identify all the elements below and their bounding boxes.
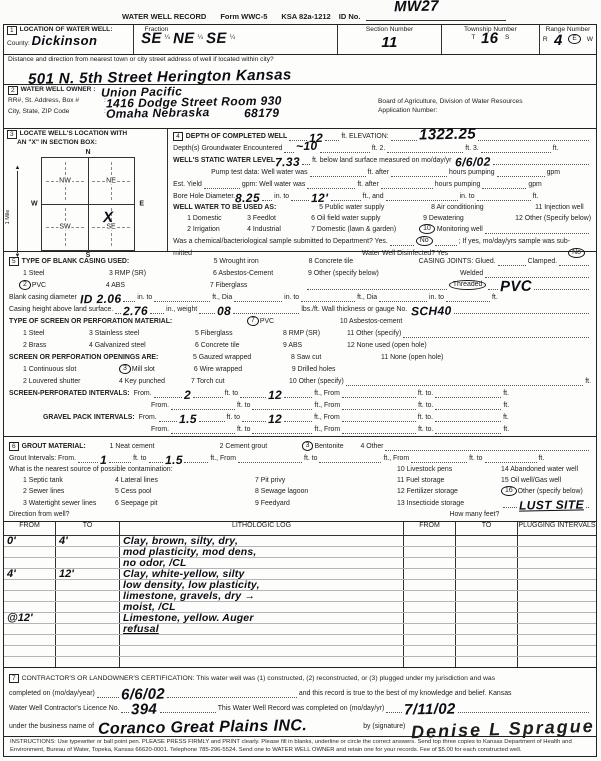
form-body: 1LOCATION OF WATER WELL: County: Dickins… — [3, 24, 597, 757]
ft-dia-label: ft., Dia — [212, 294, 232, 302]
dotted-leader — [477, 192, 531, 201]
log-row — [4, 657, 596, 667]
in-to-label: in. to — [284, 294, 299, 302]
ft-to-label: ft. to — [237, 402, 250, 410]
groundwater-label: Depth(s) Groundwater Encountered — [173, 145, 282, 153]
ft-to-label: ft. to — [237, 426, 250, 434]
dotted-leader — [252, 401, 312, 410]
screen-material-title: TYPE OF SCREEN OR PERFORATION MATERIAL: — [9, 318, 247, 326]
screen-interval-from: 2 — [184, 392, 191, 398]
log-row: limestone, gravels, dry → — [4, 591, 596, 602]
form-title: WATER WELL RECORD — [122, 12, 206, 21]
log-text: limestone, gravels, dry → — [120, 591, 404, 601]
plug-from — [404, 646, 456, 656]
quarter-mark: ¼ — [197, 34, 203, 42]
screen-option: 1 Steel — [23, 330, 89, 338]
dotted-leader — [310, 168, 366, 177]
plug-to — [456, 613, 518, 623]
dotted-leader — [154, 389, 182, 398]
log-to: 12' — [56, 569, 120, 579]
plug-from — [404, 591, 456, 601]
dotted-leader — [302, 156, 310, 165]
plug-to — [456, 591, 518, 601]
owner-zip-value: 68179 — [243, 110, 278, 117]
screen-option: 5 Fiberglass — [195, 330, 283, 338]
dotted-leader — [498, 257, 526, 266]
contamination-option: 2 Sewer lines — [23, 488, 115, 496]
opening-option: 1 Continuous slot — [23, 366, 119, 374]
fraction-1-value: SE — [140, 36, 161, 42]
contamination-option: 14 Abandoned water well — [501, 466, 578, 474]
instructions-text: INSTRUCTIONS: Use typewriter or ball poi… — [4, 737, 596, 756]
screen-option: 11 Other (specify) — [347, 330, 401, 338]
weight-value: 08 — [217, 308, 231, 314]
dotted-leader — [435, 237, 457, 246]
contamination-option: 7 Pit privy — [255, 477, 397, 485]
dotted-leader — [171, 401, 235, 410]
plug-to — [456, 580, 518, 590]
dotted-leader — [284, 144, 294, 153]
log-text: Limestone, yellow. Auger — [120, 613, 404, 623]
section-number-label: Section Number — [341, 26, 438, 34]
screen-option: 4 Galvanized steel — [89, 342, 195, 350]
log-from — [4, 635, 56, 645]
contamination-option: 4 Lateral lines — [115, 477, 255, 485]
in-to-label: in. to — [137, 294, 152, 302]
contamination-option: 13 Insecticide storage — [397, 500, 501, 508]
section1-number: 1 — [7, 26, 17, 35]
county-label: County: — [7, 40, 30, 47]
in-to-label: in. to — [429, 294, 444, 302]
dotted-leader — [387, 144, 463, 153]
well-id-value: MW27 — [394, 4, 439, 11]
bore-diameter-value: 8.25 — [235, 195, 260, 201]
plug-to — [456, 558, 518, 568]
static-measured-date: 6/6/02 — [455, 159, 491, 166]
ft-dia-label: ft., Dia — [357, 294, 377, 302]
section3-locate: 3LOCATE WELL'S LOCATION WITH AN "X" IN S… — [4, 129, 168, 251]
plug-text — [518, 624, 596, 634]
ft-label: ft. — [503, 390, 509, 398]
dotted-leader — [488, 281, 498, 290]
owner-title: WATER WELL OWNER : — [21, 86, 96, 93]
locate-title-2: AN "X" IN SECTION BOX: — [7, 139, 164, 147]
static-water-level-label: WELL'S STATIC WATER LEVEL — [173, 157, 275, 165]
contamination-option: 5 Cess pool — [115, 488, 255, 496]
dotted-leader — [301, 293, 355, 302]
dotted-leader — [184, 454, 208, 463]
casing-height-value: 2.76 — [123, 308, 148, 314]
range-w: W — [587, 36, 593, 44]
ft-to-label: ft. to — [469, 455, 482, 463]
log-text: no odor, /CL — [120, 558, 404, 568]
opening-option: 10 Other (specify) — [289, 378, 344, 386]
log-from — [4, 580, 56, 590]
log-row: 0'4'Clay, brown, silty, dry, — [4, 536, 596, 547]
casing-option-pvc: PVC — [32, 282, 106, 290]
ft-label: ft. — [503, 414, 509, 422]
license-no-label: Water Well Contractor's Licence No. — [9, 705, 119, 713]
threaded-pvc-value: PVC — [500, 284, 532, 291]
plug-text — [518, 536, 596, 546]
header-to: TO — [56, 522, 120, 535]
dotted-leader — [503, 499, 517, 508]
dotted-leader — [160, 704, 216, 713]
plug-from — [404, 602, 456, 612]
gravel-interval-from: 1.5 — [179, 416, 197, 422]
form-header: WATER WELL RECORD Form WWC-5 KSA 82a-121… — [0, 8, 601, 21]
dotted-leader — [534, 281, 589, 290]
fraction-2-value: NE — [173, 36, 195, 42]
dotted-leader — [485, 454, 537, 463]
plug-from — [404, 635, 456, 645]
contamination-option: 8 Sewage lagoon — [255, 488, 397, 496]
owner-city-value: Omaha Nebraska — [106, 109, 210, 117]
dotted-leader — [559, 257, 589, 266]
quarter-mark: ¼ — [164, 34, 170, 42]
log-text: moist, /CL — [120, 602, 404, 612]
casing-option: 9 Other (specify below) — [308, 270, 460, 278]
sample-question-tail: ; If yes, mo/day/yrs sample was sub- — [459, 238, 570, 246]
township-t: T — [471, 34, 475, 42]
plug-from — [404, 547, 456, 557]
use-option: 8 Air conditioning — [431, 204, 535, 212]
static-water-level-value: 7.33 — [275, 159, 300, 165]
casing-option: 8 Concrete tile — [309, 258, 419, 266]
fraction-3-value: SE — [206, 36, 227, 42]
dotted-leader — [381, 180, 433, 189]
dotted-leader — [149, 454, 163, 463]
dotted-leader — [167, 689, 297, 698]
section1-location: 1LOCATION OF WATER WELL: County: Dickins… — [4, 25, 596, 55]
grout-option: 1 Neat cement — [110, 443, 220, 451]
dotted-leader — [385, 442, 589, 451]
screen-intervals-label: SCREEN-PERFORATED INTERVALS: — [9, 390, 130, 398]
dotted-leader — [478, 132, 589, 141]
dotted-leader — [386, 192, 458, 201]
grout-interval-from: 1 — [100, 457, 107, 463]
casing-title: TYPE OF BLANK CASING USED: — [22, 258, 214, 266]
dotted-leader — [123, 293, 135, 302]
section-box-diagram: NW NE SW SE N S W E X — [41, 157, 135, 251]
certification-text-1: CONTRACTOR'S OR LANDOWNER'S CERTIFICATIO… — [22, 675, 495, 683]
blank-casing-diameter-label: Blank casing diameter — [9, 294, 77, 302]
ft-and-label: ft., and — [363, 193, 384, 201]
use-option: 1 Domestic — [187, 215, 247, 223]
section1-title: LOCATION OF WATER WELL: — [20, 26, 113, 33]
screen-option: 3 Stainless steel — [89, 330, 195, 338]
circled-2-pvc: 2 — [19, 280, 31, 290]
dotted-leader — [78, 454, 98, 463]
log-to — [56, 558, 120, 568]
owner-city-label: City, State, ZIP Code — [8, 108, 104, 116]
sample-question: Was a chemical/bacteriological sample su… — [173, 238, 388, 246]
distance-row: Distance and direction from nearest town… — [4, 55, 596, 85]
dotted-leader — [109, 454, 131, 463]
plug-to — [456, 657, 518, 667]
circled-3-bentonite: 3 — [302, 441, 314, 451]
dotted-leader — [233, 305, 299, 314]
range-value: 4 — [554, 38, 563, 44]
circled-10-monitoring-well: 10 — [419, 224, 435, 234]
log-text: Clay, white-yellow, silty — [120, 569, 404, 579]
screen-option: 9 ABS — [283, 342, 347, 350]
ft-from-label: ft., From — [314, 402, 340, 410]
contamination-other-value: LUST SITE — [519, 501, 584, 508]
log-to — [56, 613, 120, 623]
section4-well-details: 4 DEPTH OF COMPLETED WELL 12 ft. ELEVATI… — [168, 129, 596, 251]
plug-from — [404, 580, 456, 590]
form-number: Form WWC-5 — [220, 12, 267, 21]
log-from — [4, 657, 56, 667]
locate-title-1: LOCATE WELL'S LOCATION WITH — [20, 130, 128, 137]
section7-certification: 7 CONTRACTOR'S OR LANDOWNER'S CERTIFICAT… — [4, 668, 596, 737]
plug-text — [518, 591, 596, 601]
log-row: @12'Limestone, yellow. Auger — [4, 613, 596, 624]
section5-number: 5 — [9, 257, 19, 266]
use-option: 2 Irrigation — [187, 226, 247, 234]
dotted-leader — [204, 180, 240, 189]
well-location-x-mark: X — [103, 215, 114, 221]
contamination-option: 6 Seepage pit — [115, 500, 255, 508]
dotted-leader — [497, 168, 545, 177]
use-option-monitoring: Monitoring well — [437, 226, 483, 234]
plug-from — [404, 624, 456, 634]
screen-option: 2 Brass — [23, 342, 89, 350]
plug-text — [518, 646, 596, 656]
how-many-feet-label: How many feet? — [450, 511, 500, 519]
dotted-leader — [307, 180, 355, 189]
dotted-leader — [446, 293, 490, 302]
contamination-option: 10 Livestock pens — [397, 466, 501, 474]
quadrant-ne: NE — [105, 178, 117, 185]
ft-to-label: ft. to. — [418, 426, 433, 434]
dotted-leader — [454, 305, 589, 314]
use-option: 6 Oil field water supply — [311, 215, 423, 223]
ft-to-label: ft. to — [133, 455, 146, 463]
dotted-leader — [242, 413, 266, 422]
header-to-2: TO — [456, 522, 518, 535]
circled-3-mill-slot: 3 — [119, 364, 131, 374]
log-table-header: FROM TO LITHOLOGIC LOG FROM TO PLUGGING … — [4, 522, 596, 536]
from-label: From. — [151, 402, 169, 410]
log-row — [4, 635, 596, 646]
casing-option: 5 Wrought iron — [214, 258, 309, 266]
groundwater-3-label: ft. 3. — [465, 145, 478, 153]
dotted-leader — [284, 413, 312, 422]
from-label: From. — [151, 426, 169, 434]
business-name-value: Coranco Great Plains INC. — [98, 723, 307, 733]
dotted-leader — [97, 689, 119, 698]
gpm-label: gpm — [528, 181, 541, 189]
section7-number: 7 — [9, 674, 19, 683]
plug-from — [404, 558, 456, 568]
dotted-leader — [234, 293, 282, 302]
blank-casing-diameter-value: ID 2.06 — [80, 296, 122, 303]
plug-to — [456, 635, 518, 645]
gravel-pack-label: GRAVEL PACK INTERVALS: — [43, 414, 135, 422]
plug-text — [518, 613, 596, 623]
dotted-leader — [284, 389, 312, 398]
record-completed-date: 7/11/02 — [404, 707, 456, 714]
section-number-value: 11 — [381, 34, 397, 51]
township-s: S — [505, 34, 509, 42]
opening-option: 4 Key punched — [119, 378, 191, 386]
dotted-leader — [325, 132, 339, 141]
plug-to — [456, 547, 518, 557]
application-number-label: Application Number: — [378, 106, 590, 115]
dotted-leader — [262, 192, 272, 201]
hours-pumping-label: hours pumping — [435, 181, 481, 189]
dotted-leader — [307, 281, 447, 290]
ft-from-label: ft., From — [383, 455, 409, 463]
quarter-mark: ¼ — [230, 34, 236, 42]
use-option: 9 Dewatering — [423, 215, 515, 223]
dotted-leader — [319, 454, 381, 463]
header-from-2: FROM — [404, 522, 456, 535]
board-of-agriculture-text: Board of Agriculture, Division of Water … — [378, 97, 590, 106]
log-from — [4, 602, 56, 612]
range-label: Range Number — [543, 26, 593, 34]
screen-option-pvc: PVC — [260, 318, 340, 326]
grout-option-bentonite: Bentonite — [314, 443, 360, 451]
log-text — [120, 646, 404, 656]
dotted-leader — [458, 704, 589, 713]
log-to — [56, 602, 120, 612]
dotted-leader — [342, 401, 416, 410]
dotted-leader — [154, 293, 210, 302]
ft-after-label: ft. after — [368, 169, 389, 177]
contamination-option: 9 Feedyard — [255, 500, 397, 508]
section3-number: 3 — [7, 130, 17, 139]
opening-option: 5 Gauzed wrapped — [193, 354, 291, 362]
ft-from-label: ft., From — [314, 426, 340, 434]
log-to — [56, 635, 120, 645]
log-row: moist, /CL — [4, 602, 596, 613]
bore-depth-value: 12' — [311, 195, 329, 201]
section3-4-row: 3LOCATE WELL'S LOCATION WITH AN "X" IN S… — [4, 129, 596, 252]
plug-to — [456, 569, 518, 579]
dotted-leader — [342, 425, 416, 434]
opening-option: 2 Louvered shutter — [23, 378, 119, 386]
plug-text — [518, 569, 596, 579]
ft-label: ft. — [539, 455, 545, 463]
ft-from-label: ft., From — [314, 390, 340, 398]
ft-from-label: ft., From — [210, 455, 236, 463]
header-from: FROM — [4, 522, 56, 535]
screen-option: 8 RMP (SR) — [283, 330, 347, 338]
circled-range-east: E — [568, 34, 580, 44]
log-text: Clay, brown, silty, dry, — [120, 536, 404, 546]
plug-text — [518, 635, 596, 645]
casing-height-label: Casing height above land surface. — [9, 306, 113, 314]
dotted-leader — [482, 180, 526, 189]
circled-threaded: Threaded — [449, 280, 487, 290]
dotted-leader — [391, 168, 447, 177]
dotted-leader — [586, 499, 589, 508]
contamination-question: What is the nearest source of possible c… — [9, 466, 397, 474]
ft-label: ft. — [492, 294, 498, 302]
in-to-label: in. to — [460, 193, 475, 201]
log-row: mod plasticity, mod dens, — [4, 547, 596, 558]
use-title: WELL WATER TO BE USED AS: — [173, 204, 319, 212]
depth-label: DEPTH OF COMPLETED WELL — [186, 133, 287, 141]
county-value: Dickinson — [32, 33, 98, 48]
dotted-leader — [199, 413, 225, 422]
contamination-option: 12 Fertilizer storage — [397, 488, 501, 496]
dotted-leader — [331, 192, 361, 201]
section5-casing: 5 TYPE OF BLANK CASING USED: 5 Wrought i… — [4, 252, 596, 437]
elevation-value: 1322.25 — [419, 132, 476, 139]
compass-west: W — [31, 201, 38, 208]
welded-label: Welded — [460, 270, 483, 278]
direction-from-well-label: Direction from well? — [9, 511, 70, 519]
from-label: From. — [139, 414, 157, 422]
plug-from — [404, 536, 456, 546]
opening-option: 11 None (open hole) — [381, 354, 443, 362]
gravel-interval-to: 12 — [268, 416, 282, 422]
use-option: 7 Domestic (lawn & garden) — [311, 226, 419, 234]
circled-16-other: 16 — [501, 486, 517, 496]
dotted-leader — [435, 389, 501, 398]
dotted-leader — [435, 425, 501, 434]
dotted-leader — [252, 425, 312, 434]
plug-text — [518, 547, 596, 557]
ft-to-label: ft. to. — [418, 390, 433, 398]
log-text: mod plasticity, mod dens, — [120, 547, 404, 557]
range-r: R — [543, 36, 548, 44]
plug-from — [404, 613, 456, 623]
section4-number: 4 — [173, 132, 183, 141]
compass-east: E — [139, 201, 144, 208]
quadrant-nw: NW — [58, 178, 72, 185]
ft-from-label: ft., From — [314, 414, 340, 422]
pump-test-label: Pump test data: Well water was — [211, 169, 307, 177]
contamination-option: 3 Watertight sewer lines — [23, 500, 115, 508]
dotted-leader — [435, 401, 501, 410]
dotted-leader — [485, 269, 589, 278]
contamination-option: 11 Fuel storage — [397, 477, 501, 485]
log-row: low density, low plasticity, — [4, 580, 596, 591]
distance-label: Distance and direction from nearest town… — [8, 56, 592, 64]
ft-label: ft. — [503, 402, 509, 410]
water-well-record-form: WATER WELL RECORD Form WWC-5 KSA 82a-121… — [0, 0, 601, 761]
plug-text — [518, 580, 596, 590]
header-lithologic-log: LITHOLOGIC LOG — [120, 522, 404, 535]
quadrant-sw: SW — [58, 224, 71, 231]
grout-option: 4 Other — [360, 443, 383, 451]
certification-text-2: and this record is true to the best of m… — [299, 690, 512, 698]
compass-north: N — [85, 149, 90, 156]
opening-option: 9 Drilled holes — [292, 366, 336, 374]
ft-label: ft. — [553, 145, 559, 153]
log-to — [56, 547, 120, 557]
in-to-label: in. to — [274, 193, 289, 201]
from-label: From. — [134, 390, 152, 398]
plug-text — [518, 657, 596, 667]
dotted-leader — [411, 454, 467, 463]
ft-to-label: ft. to — [227, 414, 240, 422]
log-to — [56, 646, 120, 656]
openings-title: SCREEN OR PERFORATION OPENINGS ARE: — [9, 354, 193, 362]
opening-option-mill-slot: Mill slot — [132, 366, 194, 374]
dotted-leader — [379, 293, 427, 302]
litholog-body: 0'4'Clay, brown, silty, dry,mod plastici… — [4, 536, 596, 667]
grout-option: 2 Cement grout — [220, 443, 302, 451]
log-from — [4, 558, 56, 568]
log-text: low density, low plasticity, — [120, 580, 404, 590]
static-measured-label: ft. below land surface measured on mo/da… — [312, 157, 451, 165]
